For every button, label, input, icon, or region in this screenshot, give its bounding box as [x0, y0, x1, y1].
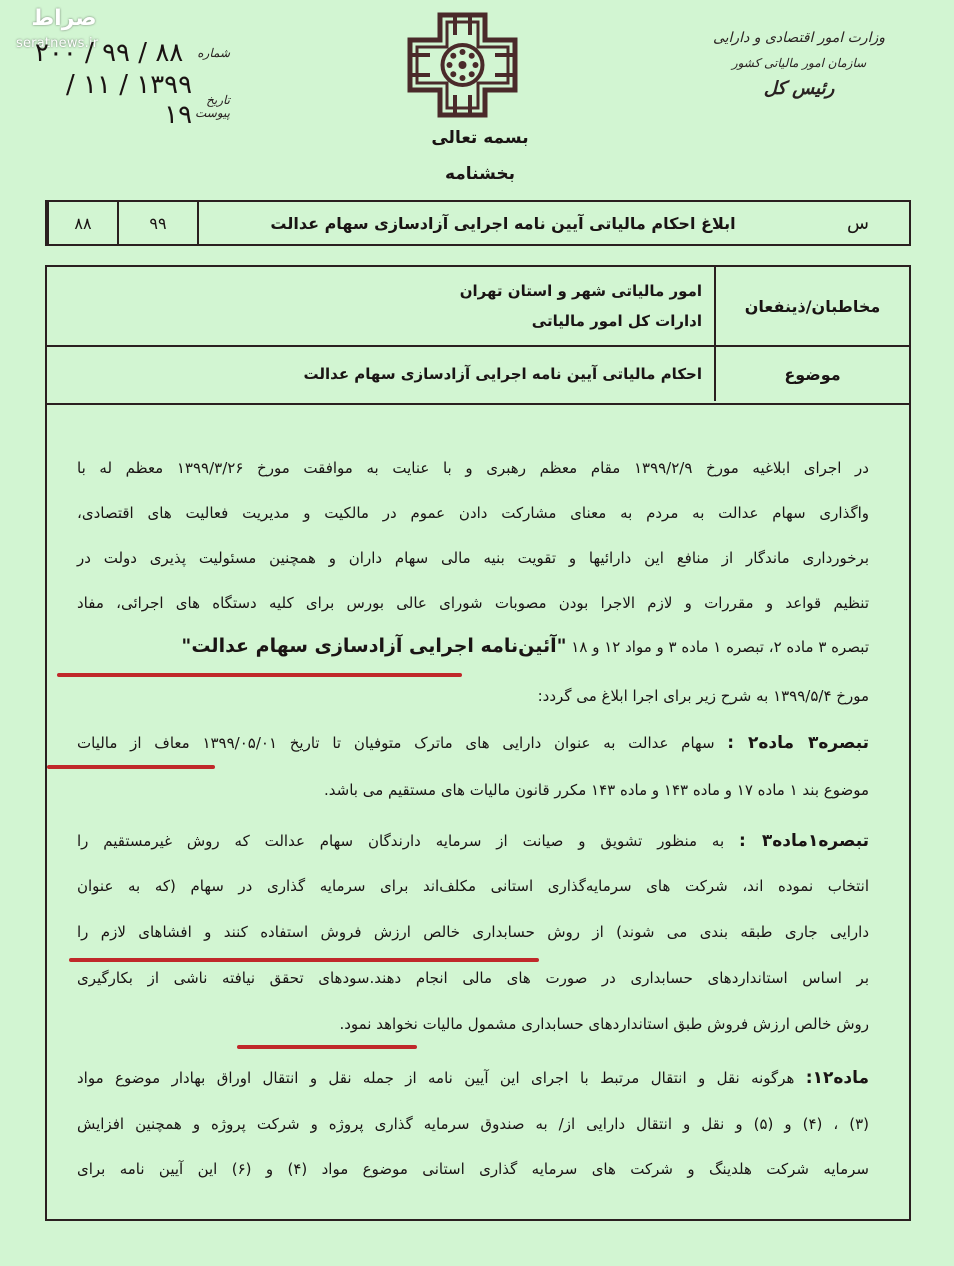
subject-row: موضوع احکام مالیاتی آیین نامه اجرایی آزا…	[47, 347, 909, 401]
note-1-text: سهام عدالت به عنوان دارایی های ماترک متو…	[77, 734, 727, 752]
red-underline	[237, 1045, 417, 1049]
red-underline	[47, 765, 215, 769]
note-2-line: بر اساس استانداردهای حسابداری در صورت ها…	[77, 967, 869, 989]
article-12-title: ماده۱۲:	[806, 1068, 869, 1088]
attachment-row: پیوست	[195, 106, 230, 120]
article-12-line: سرمایه شرکت هلدینگ و شرکت های سرمایه گذا…	[77, 1158, 869, 1180]
body-line-regulation: تبصره ۳ ماده ۲، تبصره ۱ ماده ۳ و مواد ۱۲…	[77, 635, 869, 658]
note-2-title: تبصره۱ماده۳ :	[739, 831, 869, 851]
subject-label: موضوع	[714, 347, 909, 401]
note-1-continuation: موضوع بند ۱ ماده ۱۷ و ماده ۱۴۳ و ماده ۱۴…	[77, 779, 869, 801]
body-line: برخورداری ماندگار از منافع این دارائیها …	[77, 547, 869, 569]
regulation-title-highlight: "آئین‌نامه اجرایی آزادسازی سهام عدالت"	[181, 635, 566, 657]
article-12-line: ماده۱۲: هرگونه نقل و انتقال مرتبط با اجر…	[77, 1067, 869, 1089]
letter-meta: شماره ۸۸ / ۹۹ / ۲۰۰ تاریخ ۱۳۹۹ / ۱۱ / ۱۹…	[30, 10, 230, 130]
red-underline	[69, 958, 539, 962]
body-line: در اجرای ابلاغیه مورخ ۱۳۹۹/۲/۹ مقام معظم…	[77, 457, 869, 479]
article-12-line: (۳) ، (۴) و (۵) و نقل و انتقال دارایی از…	[77, 1113, 869, 1135]
recipients-list: امور مالیاتی شهر و استان تهران ادارات کل…	[47, 267, 714, 345]
article-12-text: هرگونه نقل و انتقال مرتبط با اجرای این آ…	[77, 1069, 806, 1087]
circular-body: در اجرای ابلاغیه مورخ ۱۳۹۹/۲/۹ مقام معظم…	[45, 405, 911, 1221]
body-line: مورخ ۱۳۹۹/۵/۴ به شرح زیر برای اجرا ابلاغ…	[77, 685, 869, 707]
recipient-item: امور مالیاتی شهر و استان تهران	[47, 276, 702, 306]
date-row: تاریخ ۱۳۹۹ / ۱۱ / ۱۹	[30, 70, 230, 130]
attachment-label: پیوست	[195, 106, 230, 120]
note-1-line: تبصره۳ ماده۲ : سهام عدالت به عنوان دارای…	[77, 732, 869, 754]
tax-organization-emblem-icon	[405, 10, 520, 120]
document-type: بخشنامه	[380, 164, 580, 184]
ministry-name: وزارت امور اقتصادی و دارایی	[684, 30, 914, 46]
circular-code: س	[807, 202, 909, 244]
recipients-subject-table: مخاطبان/ذینفعان امور مالیاتی شهر و استان…	[45, 265, 911, 405]
recipient-item: ادارات کل امور مالیاتی	[47, 306, 702, 336]
circular-number: ۸۸	[47, 202, 117, 244]
regulation-reference: تبصره ۳ ماده ۲، تبصره ۱ ماده ۳ و مواد ۱۲…	[567, 638, 869, 656]
note-2-line: روش خالص ارزش فروش طبق استانداردهای حساب…	[77, 1013, 869, 1035]
organization-name: سازمان امور مالیاتی کشور	[684, 56, 914, 70]
note-2-text: به منظور تشویق و صیانت از سرمایه دارندگا…	[77, 832, 739, 850]
office-title: رئیس کل	[684, 78, 914, 99]
subject-value: احکام مالیاتی آیین نامه اجرایی آزادسازی …	[47, 347, 714, 401]
note-2-line: تبصره۱ماده۳ : به منظور تشویق و صیانت از …	[77, 830, 869, 852]
recipients-row: مخاطبان/ذینفعان امور مالیاتی شهر و استان…	[47, 267, 909, 347]
red-underline	[57, 673, 462, 677]
number-value: ۸۸ / ۹۹ / ۲۰۰	[35, 38, 183, 68]
circular-title: ابلاغ احکام مالیاتی آیین نامه اجرایی آزا…	[197, 202, 807, 244]
note-2-line: انتخاب نموده اند، شرکت های سرمایه‌گذاری …	[77, 875, 869, 897]
note-1-title: تبصره۳ ماده۲ :	[727, 733, 869, 753]
recipients-label: مخاطبان/ذینفعان	[714, 267, 909, 345]
circular-year: ۹۹	[117, 202, 197, 244]
bismillah: بسمه تعالی	[380, 128, 580, 148]
number-label: شماره	[197, 46, 230, 60]
body-line: تنظیم قواعد و مقررات و لازم الاجرا بودن …	[77, 592, 869, 614]
ministry-header: وزارت امور اقتصادی و دارایی سازمان امور …	[684, 30, 914, 99]
date-value: ۱۳۹۹ / ۱۱ / ۱۹	[30, 70, 192, 130]
circular-header-table: ۸۸ ۹۹ ابلاغ احکام مالیاتی آیین نامه اجرا…	[45, 200, 911, 246]
body-line: واگذاری سهام عدالت به مردم به معنای مشار…	[77, 502, 869, 524]
date-label: تاریخ	[206, 93, 230, 107]
note-2-line: دارایی جاری طبقه بندی می شوند) از روش حس…	[77, 921, 869, 943]
number-row: شماره ۸۸ / ۹۹ / ۲۰۰	[35, 38, 230, 68]
